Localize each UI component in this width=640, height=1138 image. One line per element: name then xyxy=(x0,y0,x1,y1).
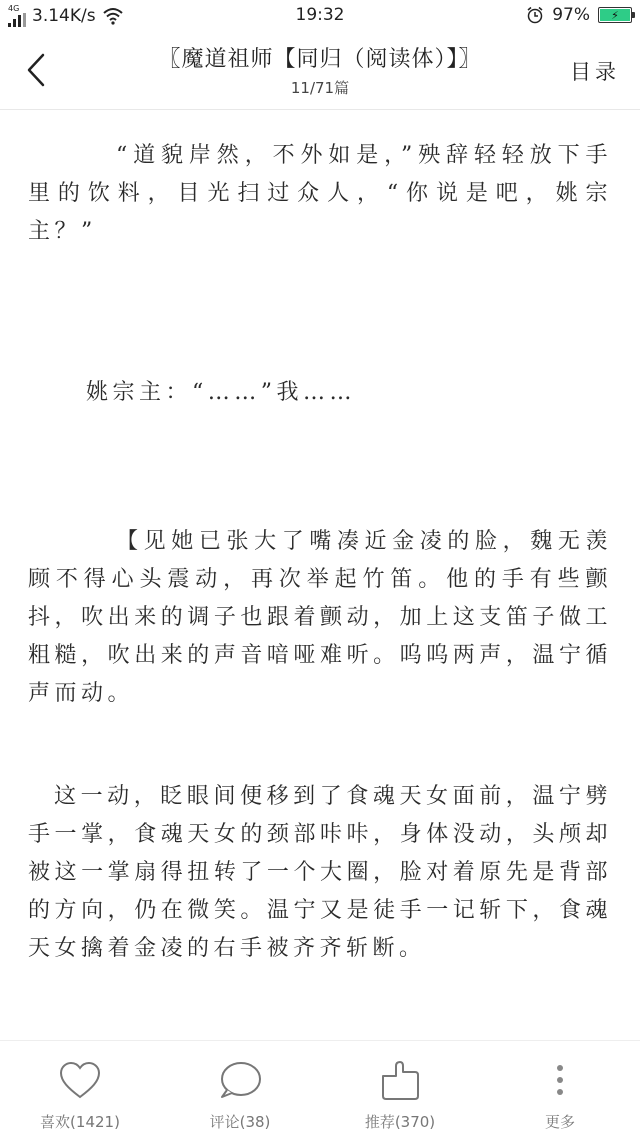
toc-button[interactable]: 目录 xyxy=(570,56,620,86)
book-title: 〖魔道祖师【同归（阅读体）】〗 xyxy=(90,42,550,73)
chapter-progress: 11/71篇 xyxy=(90,77,550,98)
reader-header: 〖魔道祖师【同归（阅读体）】〗 11/71篇 目录 xyxy=(0,32,640,110)
chevron-left-icon xyxy=(25,52,47,88)
comment-button[interactable]: 评论(38) xyxy=(160,1041,320,1138)
alarm-icon xyxy=(526,6,544,24)
more-button[interactable]: 更多 xyxy=(480,1041,640,1138)
more-label: 更多 xyxy=(545,1111,575,1132)
like-label: 喜欢(1421) xyxy=(40,1111,120,1132)
bottom-action-bar: 喜欢(1421) 评论(38) 推荐(370) 更多 xyxy=(0,1040,640,1138)
status-bar: 4G 3.14K/s 19:32 97% ⚡ xyxy=(0,0,640,32)
back-button[interactable] xyxy=(18,50,54,90)
like-button[interactable]: 喜欢(1421) xyxy=(0,1041,160,1138)
status-right: 97% ⚡ xyxy=(526,5,632,25)
more-vertical-icon xyxy=(555,1063,565,1099)
battery-percent: 97% xyxy=(552,5,590,25)
thumbs-up-icon xyxy=(380,1060,420,1102)
paragraph: 姚宗主：“……”我…… xyxy=(86,374,612,412)
recommend-label: 推荐(370) xyxy=(365,1111,435,1132)
paragraph: 【见她已张大了嘴凑近金凌的脸，魏无羡顾不得心头震动，再次举起竹笛。他的手有些颤抖… xyxy=(28,523,612,713)
battery-charging-icon: ⚡ xyxy=(598,7,632,23)
comment-label: 评论(38) xyxy=(210,1111,271,1132)
reading-content: “道貌岸然，不外如是，”殃辞轻轻放下手里的饮料，目光扫过众人，“你说是吧，姚宗主… xyxy=(0,110,640,1040)
title-block: 〖魔道祖师【同归（阅读体）】〗 11/71篇 xyxy=(90,42,550,98)
paragraph: 这一动，眨眼间便移到了食魂天女面前，温宁劈手一掌，食魂天女的颈部咔咔，身体没动，… xyxy=(28,778,612,968)
comment-icon xyxy=(218,1061,262,1101)
paragraph: “道貌岸然，不外如是，”殃辞轻轻放下手里的饮料，目光扫过众人，“你说是吧，姚宗主… xyxy=(28,137,612,251)
recommend-button[interactable]: 推荐(370) xyxy=(320,1041,480,1138)
heart-icon xyxy=(58,1061,102,1101)
